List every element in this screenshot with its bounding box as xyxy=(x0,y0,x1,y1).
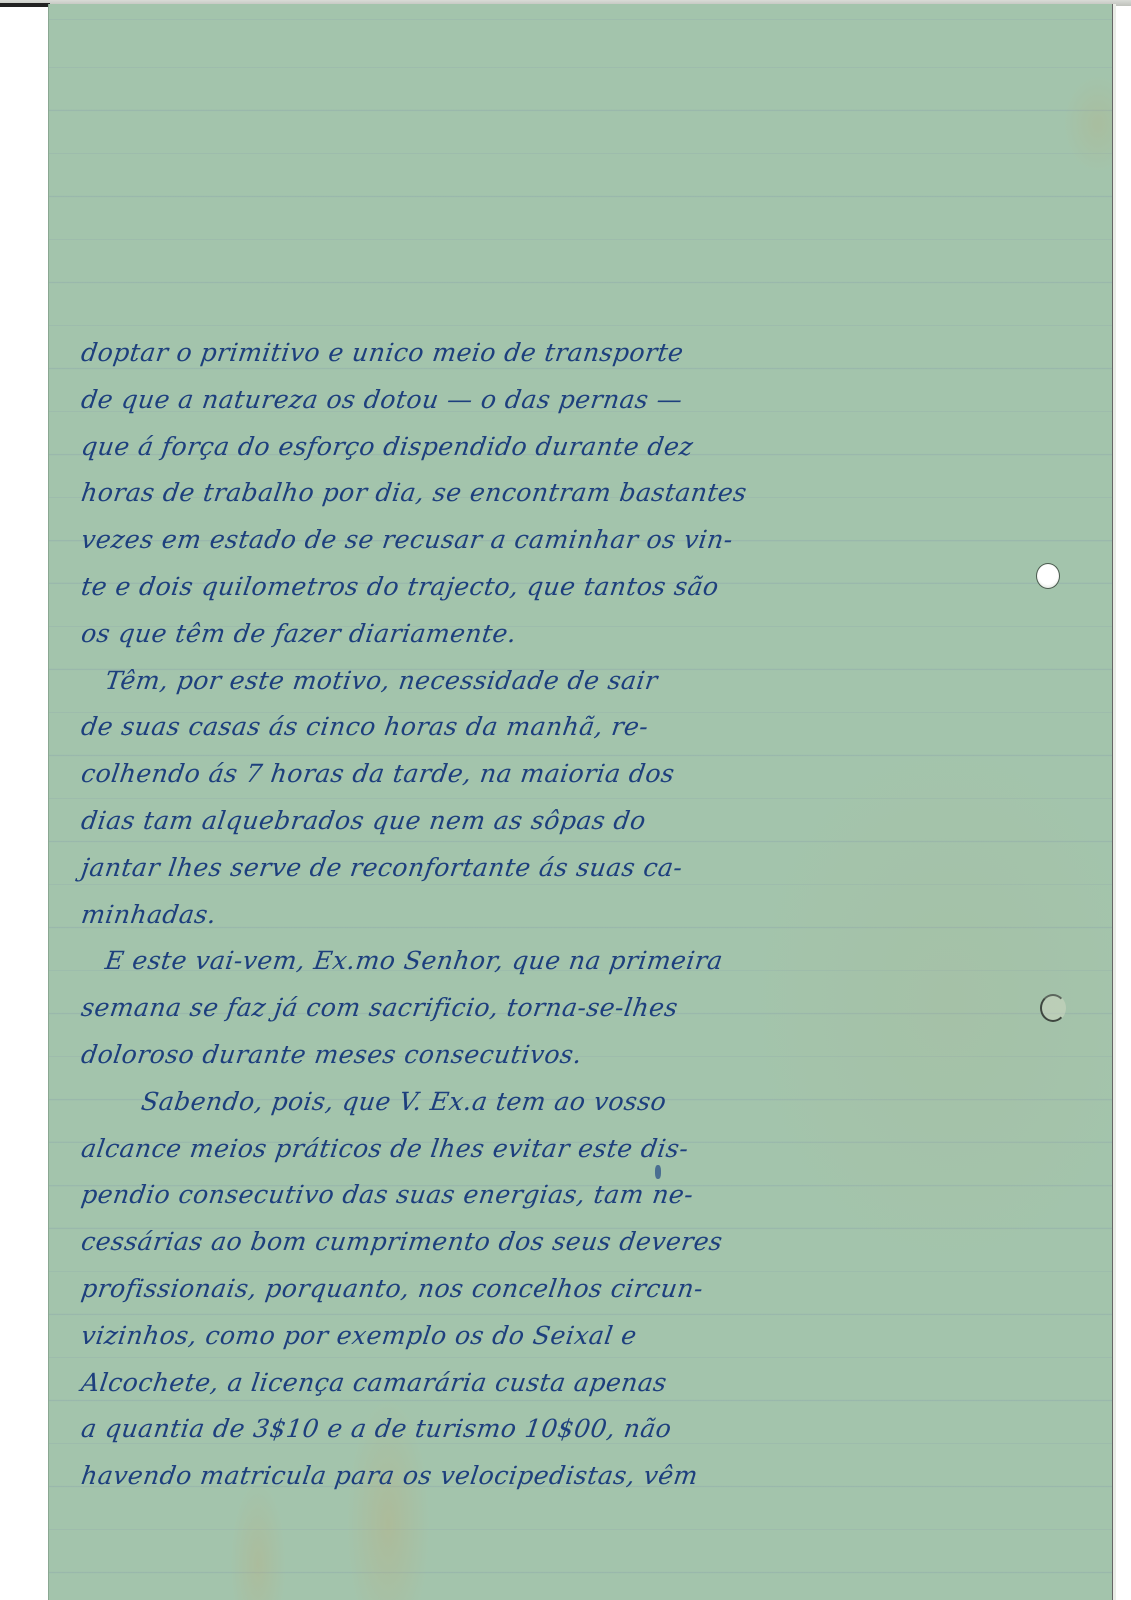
text-line: horas de trabalho por dia, se encontram … xyxy=(78,470,885,517)
handwritten-text-body: doptar o primitivo e unico meio de trans… xyxy=(78,330,878,1500)
paragraph-start-line: E este vai-vem, Ex.mo Senhor, que na pri… xyxy=(78,938,885,985)
text-line: jantar lhes serve de reconfortante ás su… xyxy=(78,845,885,892)
text-line: Alcochete, a licença camarária custa ape… xyxy=(78,1360,885,1407)
scanner-top-edge-shadow xyxy=(0,3,50,7)
text-line: semana se faz já com sacrificio, torna-s… xyxy=(78,985,885,1032)
text-line: que á força do esforço dispendido durant… xyxy=(78,424,885,471)
text-line: de suas casas ás cinco horas da manhã, r… xyxy=(78,704,885,751)
text-line: pendio consecutivo das suas energias, ta… xyxy=(78,1172,885,1219)
text-line: vizinhos, como por exemplo os do Seixal … xyxy=(78,1313,885,1360)
text-line: colhendo ás 7 horas da tarde, na maioria… xyxy=(78,751,885,798)
paragraph-start-line: Sabendo, pois, que V. Ex.a tem ao vosso xyxy=(78,1079,885,1126)
text-line: cessárias ao bom cumprimento dos seus de… xyxy=(78,1219,885,1266)
text-line: doloroso durante meses consecutivos. xyxy=(78,1032,885,1079)
punch-hole-icon xyxy=(1036,563,1060,589)
text-line: alcance meios práticos de lhes evitar es… xyxy=(78,1126,885,1173)
paragraph-start-line: Têm, por este motivo, necessidade de sai… xyxy=(78,658,885,705)
text-line: doptar o primitivo e unico meio de trans… xyxy=(78,330,885,377)
text-line: minhadas. xyxy=(78,892,885,939)
text-line: vezes em estado de se recusar a caminhar… xyxy=(78,517,885,564)
text-line: profissionais, porquanto, nos concelhos … xyxy=(78,1266,885,1313)
text-line: havendo matricula para os velocipedistas… xyxy=(78,1453,885,1500)
text-line: te e dois quilometros do trajecto, que t… xyxy=(78,564,885,611)
text-line: os que têm de fazer diariamente. xyxy=(78,611,885,658)
punch-hole-ring-icon xyxy=(1040,994,1066,1022)
text-line: a quantia de 3$10 e a de turismo 10$00, … xyxy=(78,1406,885,1453)
page-right-edge xyxy=(1112,4,1116,1600)
text-line: de que a natureza os dotou — o das perna… xyxy=(78,377,885,424)
text-line: dias tam alquebrados que nem as sôpas do xyxy=(78,798,885,845)
